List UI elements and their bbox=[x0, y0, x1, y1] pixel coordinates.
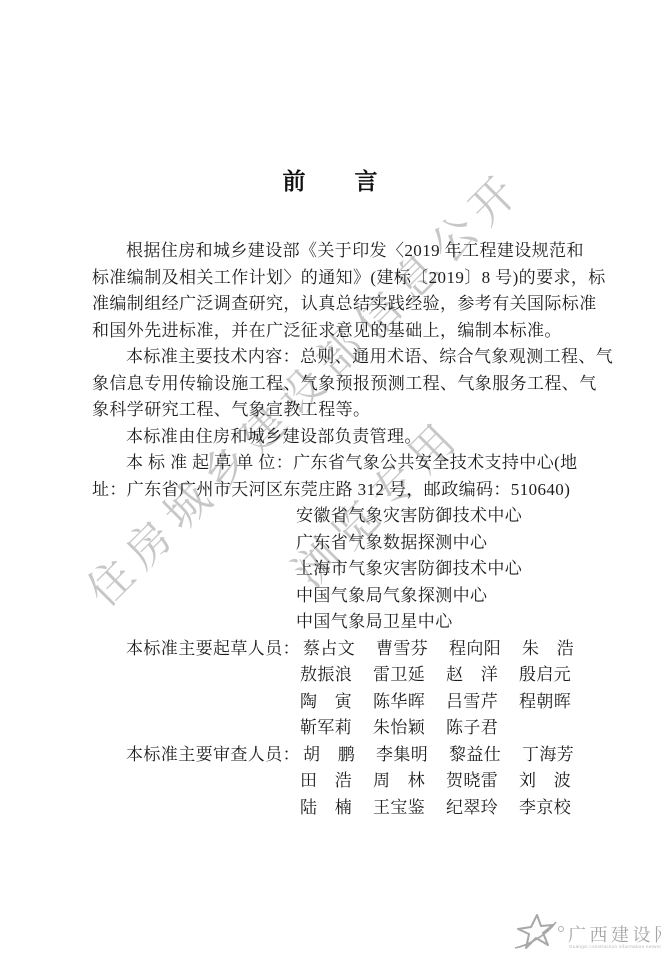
paragraph-line: 象科学研究工程、气象宣教工程等。 bbox=[92, 397, 578, 424]
drafter-name: 陈子君 bbox=[446, 715, 498, 742]
paragraph-line: 标准编制及相关工作计划〉的通知》(建标〔2019〕8 号)的要求，标 bbox=[92, 265, 578, 292]
drafter-name: 靳军莉 bbox=[300, 715, 352, 742]
page-title: 前 言 bbox=[0, 163, 661, 196]
drafting-unit-item: 中国气象局气象探测中心 bbox=[92, 583, 578, 610]
drafters-row: 陶 寅 陈华晖 吕雪芹 程朝晖 bbox=[92, 689, 578, 716]
paragraph-line: 本标准主要技术内容：总则、通用术语、综合气象观测工程、气 bbox=[92, 344, 578, 371]
reviewer-name: 李京校 bbox=[519, 795, 571, 822]
drafters-row: 敖振浪 雷卫延 赵 洋 殷启元 bbox=[92, 662, 578, 689]
drafter-name: 赵 洋 bbox=[446, 662, 498, 689]
star-icon bbox=[512, 912, 560, 959]
drafter-name: 陈华晖 bbox=[373, 689, 425, 716]
reviewers-row: 本标准主要审查人员： 胡 鹏 李集明 黎益仕 丁海芳 bbox=[92, 742, 578, 769]
paragraph-line: 本 标 准 起 草 单 位：广东省气象公共安全技术支持中心(地 bbox=[92, 450, 578, 477]
reviewers-row: 田 浩 周 林 贺晓雷 刘 波 bbox=[92, 768, 578, 795]
paragraph-line: 本标准由住房和城乡建设部负责管理。 bbox=[92, 424, 578, 451]
drafters-label: 本标准主要起草人员： bbox=[126, 636, 300, 663]
drafter-name: 朱怡颖 bbox=[373, 715, 425, 742]
reviewers-row: 陆 楠 王宝鉴 纪翠玲 李京校 bbox=[92, 795, 578, 822]
reviewer-name: 刘 波 bbox=[519, 768, 571, 795]
reviewer-name: 周 林 bbox=[373, 768, 425, 795]
paragraph-line: 准编制组经广泛调查研究，认真总结实践经验，参考有关国际标准 bbox=[92, 291, 578, 318]
drafter-name: 程朝晖 bbox=[519, 689, 571, 716]
drafter-name: 程向阳 bbox=[449, 636, 501, 663]
reviewer-name: 贺晓雷 bbox=[446, 768, 498, 795]
drafters-row: 靳军莉 朱怡颖 陈子君 bbox=[92, 715, 578, 742]
drafter-name: 吕雪芹 bbox=[446, 689, 498, 716]
reviewer-name: 陆 楠 bbox=[300, 795, 352, 822]
drafter-name: 曹雪芬 bbox=[376, 636, 428, 663]
reviewer-name: 田 浩 bbox=[300, 768, 352, 795]
preface-body: 根据住房和城乡建设部《关于印发〈2019 年工程建设规范和 标准编制及相关工作计… bbox=[92, 238, 578, 821]
drafters-row: 本标准主要起草人员： 蔡占文 曹雪芬 程向阳 朱 浩 bbox=[92, 636, 578, 663]
drafting-unit-item: 中国气象局卫星中心 bbox=[92, 609, 578, 636]
reviewer-name: 纪翠玲 bbox=[446, 795, 498, 822]
registered-dot-icon bbox=[558, 926, 564, 932]
drafter-name: 雷卫延 bbox=[373, 662, 425, 689]
reviewer-name: 黎益仕 bbox=[449, 742, 501, 769]
site-logo: 广西建设网 Guangxi construction information n… bbox=[512, 910, 658, 958]
drafter-name: 敖振浪 bbox=[300, 662, 352, 689]
paragraph-line: 象信息专用传输设施工程、气象预报预测工程、气象服务工程、气 bbox=[92, 371, 578, 398]
document-page: 住房城乡建设部信息公开 浏览专用 前 言 根据住房和城乡建设部《关于印发〈201… bbox=[0, 0, 661, 959]
paragraph-line: 址：广东省广州市天河区东莞庄路 312 号，邮政编码：510640) bbox=[92, 477, 578, 504]
paragraph-line: 根据住房和城乡建设部《关于印发〈2019 年工程建设规范和 bbox=[92, 238, 578, 265]
drafting-unit-item: 安徽省气象灾害防御技术中心 bbox=[92, 503, 578, 530]
drafter-name: 陶 寅 bbox=[300, 689, 352, 716]
drafter-name: 殷启元 bbox=[519, 662, 571, 689]
reviewer-name: 丁海芳 bbox=[522, 742, 574, 769]
reviewer-name: 王宝鉴 bbox=[373, 795, 425, 822]
drafter-name: 朱 浩 bbox=[522, 636, 574, 663]
drafting-unit-item: 广东省气象数据探测中心 bbox=[92, 530, 578, 557]
paragraph-line: 和国外先进标准，并在广泛征求意见的基础上，编制本标准。 bbox=[92, 318, 578, 345]
site-tagline: Guangxi construction information network bbox=[569, 944, 661, 949]
reviewers-label: 本标准主要审查人员： bbox=[126, 742, 300, 769]
drafting-unit-item: 上海市气象灾害防御技术中心 bbox=[92, 556, 578, 583]
reviewer-name: 李集明 bbox=[376, 742, 428, 769]
reviewer-name: 胡 鹏 bbox=[303, 742, 355, 769]
drafter-name: 蔡占文 bbox=[303, 636, 355, 663]
